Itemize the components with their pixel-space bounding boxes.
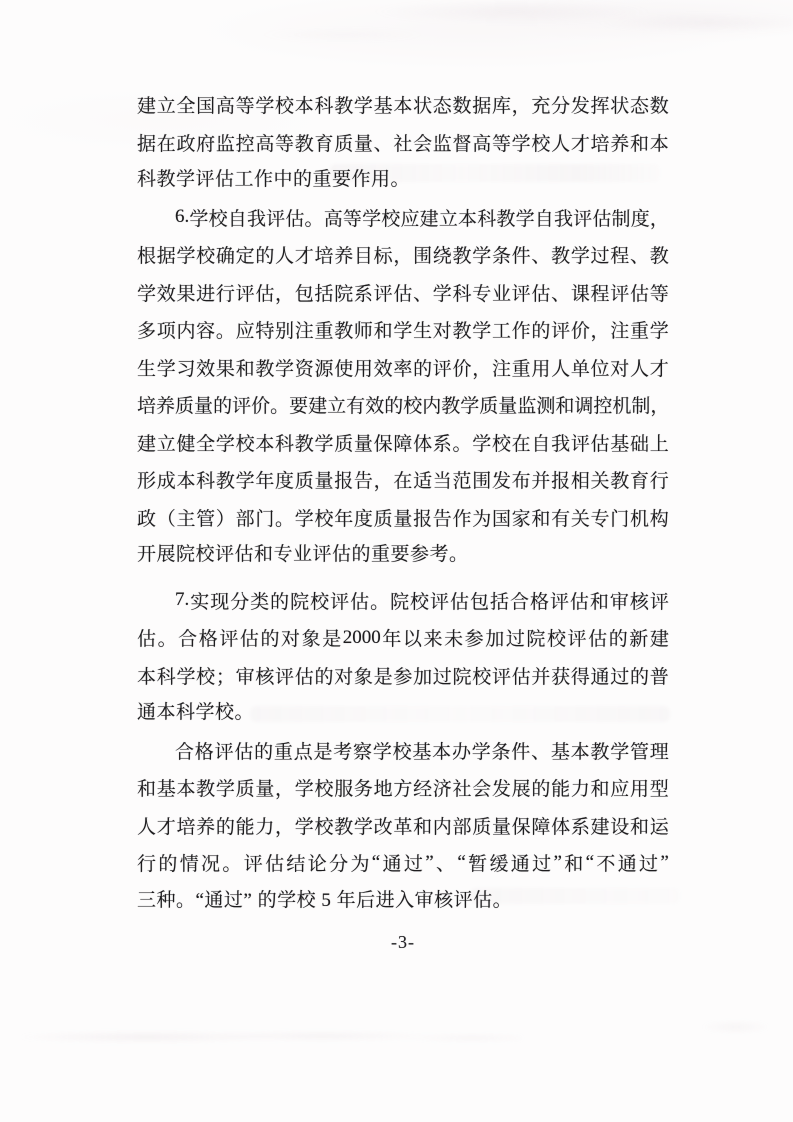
text-line: 6.学校自我评估。高等学校应建立本科教学自我评估制度， [137, 199, 669, 237]
text-line: 据在政府监控高等教育质量、社会监督高等学校人才培养和本 [137, 124, 669, 162]
scanned-document-page: 建立全国高等学校本科教学基本状态数据库，充分发挥状态数据在政府监控高等教育质量、… [0, 0, 793, 1122]
text-line: 人才培养的能力，学校教学改革和内部质量保障体系建设和运 [137, 807, 669, 845]
text-line: 根据学校确定的人才培养目标，围绕教学条件、教学过程、教 [137, 236, 669, 274]
text-line: 估。合格评估的对象是2000年以来未参加过院校评估的新建 [137, 619, 669, 657]
scan-artifact [230, 0, 793, 58]
scan-artifact [22, 1028, 522, 1046]
text-line: 培养质量的评价。要建立有效的校内教学质量监测和调控机制， [137, 386, 669, 424]
text-line: 行的情况。评估结论分为“通过”、“暂缓通过”和“不通过” [137, 844, 669, 882]
text-line: 和基本教学质量，学校服务地方经济社会发展的能力和应用型 [137, 769, 669, 807]
text-line: 科教学评估工作中的重要作用。 [137, 161, 669, 199]
text-line: 通本科学校。 [137, 694, 669, 732]
text-line: 三种。“通过” 的学校 5 年后进入审核评估。 [137, 882, 669, 920]
text-line: 建立健全学校本科教学质量保障体系。学校在自我评估基础上 [137, 424, 669, 462]
text-line: 7.实现分类的院校评估。院校评估包括合格评估和审核评 [137, 582, 669, 620]
text-line: 开展院校评估和专业评估的重要参考。 [137, 536, 669, 574]
text-line: 本科学校；审核评估的对象是参加过院校评估并获得通过的普 [137, 657, 669, 695]
text-line: 政（主管）部门。学校年度质量报告作为国家和有关专门机构 [137, 499, 669, 537]
text-line: 合格评估的重点是考察学校基本办学条件、基本教学管理 [137, 732, 669, 770]
scan-artifact [670, 1012, 780, 1042]
text-line: 建立全国高等学校本科教学基本状态数据库，充分发挥状态数 [137, 86, 669, 124]
text-line: 形成本科教学年度质量报告，在适当范围发布并报相关教育行 [137, 461, 669, 499]
text-line: 生学习效果和教学资源使用效率的评价，注重用人单位对人才 [137, 349, 669, 387]
page-number: -3- [137, 932, 669, 953]
text-line: 学效果进行评估，包括院系评估、学科专业评估、课程评估等 [137, 274, 669, 312]
document-body-text: 建立全国高等学校本科教学基本状态数据库，充分发挥状态数据在政府监控高等教育质量、… [137, 86, 669, 919]
text-line: 多项内容。应特别注重教师和学生对教学工作的评价，注重学 [137, 311, 669, 349]
